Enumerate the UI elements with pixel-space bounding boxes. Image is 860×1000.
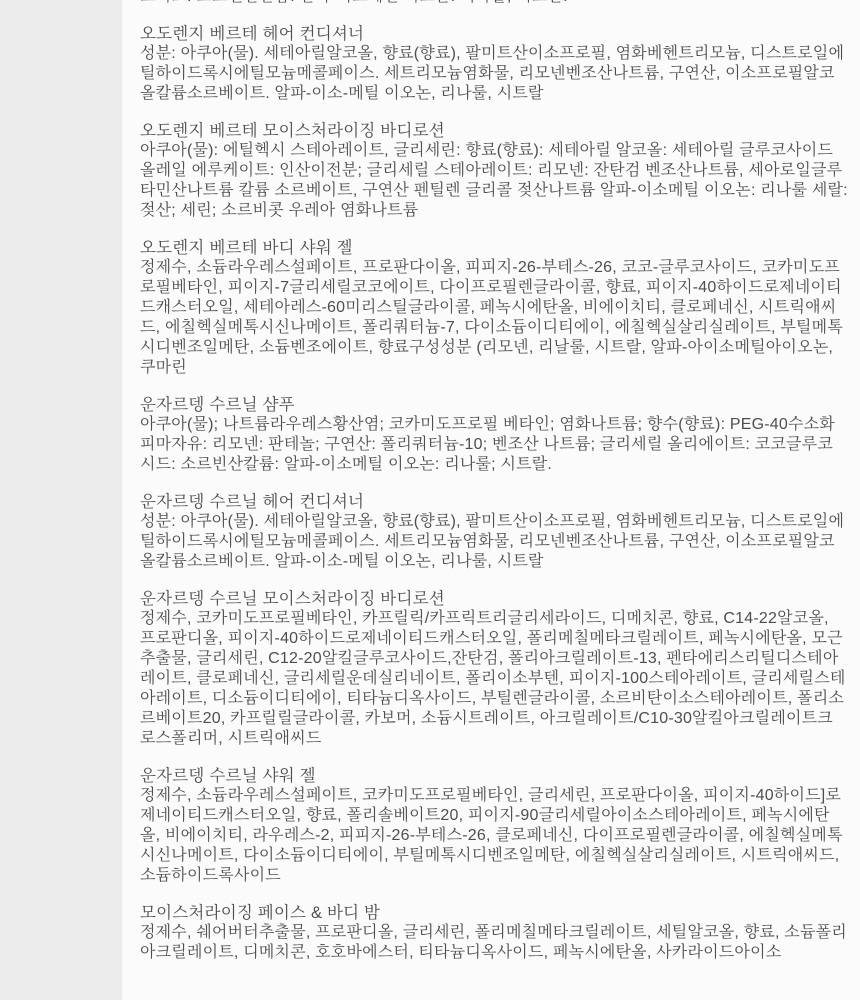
ingredient-list-text: 아쿠아(물): 에틸헥시 스테아레이트, 글리세린: 향료(향료): 세테아릴 … — [140, 141, 848, 221]
ingredient-list-text: 정제수, 쉐어버터추출물, 프로판디올, 글리세린, 폴리메칠메타크릴레이트, … — [140, 923, 848, 963]
ingredient-section: 운자르뎅 수르닐 샴푸 아쿠아(물); 나트륨라우레스황산염; 코카미도프로필 … — [140, 395, 848, 475]
ingredients-document: 코시드: 소르빈산칼륨: 알파-이소메틸 이오논: 리나룰; 시트랄. 오도렌지… — [140, 0, 848, 1000]
ingredient-section: 오도렌지 베르테 바디 샤워 젤 정제수, 소듐라우레스설페이트, 프로판다이올… — [140, 238, 848, 378]
ingredient-list-text: 정제수, 소듐라우레스설페이트, 프로판다이올, 피피지-26-부테스-26, … — [140, 258, 848, 378]
ingredient-list-text: 성분: 아쿠아(물). 세테아릴알코올, 향료(향료), 팔미트산이소프로필, … — [140, 44, 848, 104]
product-title: 운자르뎅 수르닐 샤워 젤 — [140, 766, 848, 786]
product-title: 오도렌지 베르테 헤어 컨디셔너 — [140, 24, 848, 44]
ingredient-list-text: 정제수, 소듐라우레스설페이트, 코카미도프로필베타인, 글리세린, 프로판다이… — [140, 786, 848, 886]
product-title: 오도렌지 베르테 바디 샤워 젤 — [140, 238, 848, 258]
ingredient-list-text: 성분: 아쿠아(물). 세테아릴알코올, 향료(향료), 팔미트산이소프로필, … — [140, 512, 848, 572]
product-title: 운자르뎅 수르닐 모이스처라이징 바디로션 — [140, 589, 848, 609]
ingredient-section: 운자르뎅 수르닐 모이스처라이징 바디로션 정제수, 코카미도프로필베타인, 카… — [140, 589, 848, 749]
sections-list: 오도렌지 베르테 헤어 컨디셔너 성분: 아쿠아(물). 세테아릴알코올, 향료… — [140, 24, 848, 963]
ingredient-list-text: 정제수, 코카미도프로필베타인, 카프릴릭/카프릭트리글리세라이드, 디메치콘,… — [140, 609, 848, 749]
ingredient-list-text: 아쿠아(물); 나트륨라우레스황산염; 코카미도프로필 베타인; 염화나트륨; … — [140, 415, 848, 475]
left-margin-gutter — [0, 0, 122, 1000]
ingredient-section: 운자르뎅 수르닐 헤어 컨디셔너 성분: 아쿠아(물). 세테아릴알코올, 향료… — [140, 492, 848, 572]
ingredient-section: 오도렌지 베르테 모이스처라이징 바디로션 아쿠아(물): 에틸헥시 스테아레이… — [140, 121, 848, 221]
product-title: 운자르뎅 수르닐 샴푸 — [140, 395, 848, 415]
clipped-previous-section-line: 코시드: 소르빈산칼륨: 알파-이소메틸 이오논: 리나룰; 시트랄. — [140, 0, 848, 7]
ingredient-section: 모이스처라이징 페이스 & 바디 밤 정제수, 쉐어버터추출물, 프로판디올, … — [140, 903, 848, 963]
ingredient-section: 오도렌지 베르테 헤어 컨디셔너 성분: 아쿠아(물). 세테아릴알코올, 향료… — [140, 24, 848, 104]
product-title: 오도렌지 베르테 모이스처라이징 바디로션 — [140, 121, 848, 141]
product-title: 모이스처라이징 페이스 & 바디 밤 — [140, 903, 848, 923]
product-title: 운자르뎅 수르닐 헤어 컨디셔너 — [140, 492, 848, 512]
ingredient-section: 운자르뎅 수르닐 샤워 젤 정제수, 소듐라우레스설페이트, 코카미도프로필베타… — [140, 766, 848, 886]
